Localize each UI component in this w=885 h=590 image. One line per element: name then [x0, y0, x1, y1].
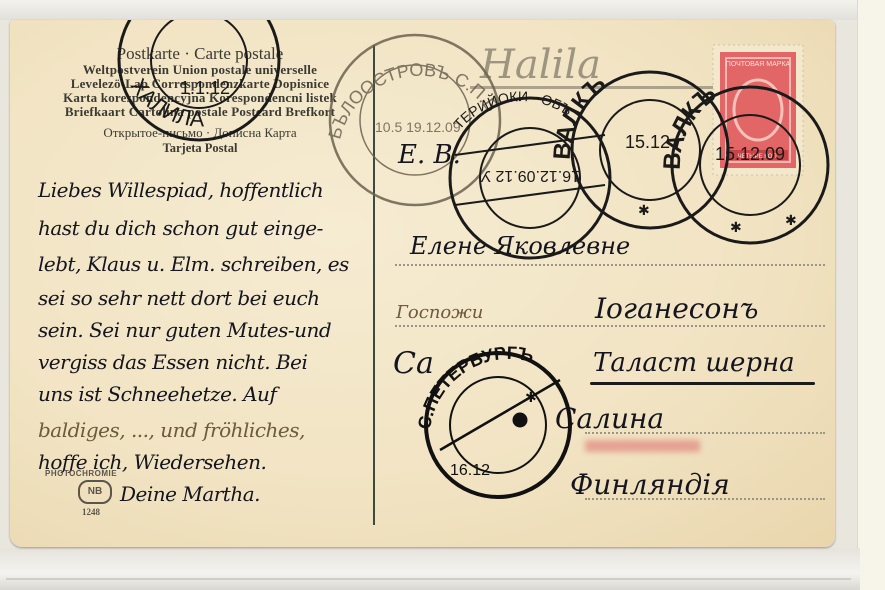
svg-text:✱: ✱ [730, 221, 742, 236]
svg-text:15.12.09: 15.12.09 [715, 144, 785, 164]
postcard: Postkarte · Carte postale Weltpostverein… [10, 20, 835, 547]
postmarks-layer: ХАЛИЛА 1.1.12 БЪЛООСТРОВЪ С.П.Б. 10.5 19… [10, 20, 835, 547]
svg-text:16.12: 16.12 [450, 462, 490, 479]
album-sleeve-right [857, 0, 885, 590]
svg-text:✱: ✱ [638, 204, 650, 219]
sleeve-edge-line [6, 578, 851, 580]
svg-text:1.1.12: 1.1.12 [180, 78, 230, 98]
svg-text:10.5 19.12.09: 10.5 19.12.09 [375, 119, 461, 135]
album-sleeve-top [0, 0, 885, 20]
svg-text:✱: ✱ [525, 391, 537, 406]
svg-text:16.12.09.12 У.: 16.12.09.12 У. [479, 167, 580, 184]
postmark-halila: ХАЛИЛА 1.1.12 [119, 20, 279, 140]
svg-text:✱: ✱ [785, 214, 797, 229]
svg-text:ВАЛКЪ: ВАЛКЪ [659, 80, 722, 170]
postmark-beloostrov: БЪЛООСТРОВЪ С.П.Б. 10.5 19.12.09 [10, 20, 502, 205]
postmark-st-petersburg: С.ПЕТЕРБУРГЪ 16.12 ✱ [414, 343, 570, 497]
album-sleeve-bottom [0, 548, 860, 590]
